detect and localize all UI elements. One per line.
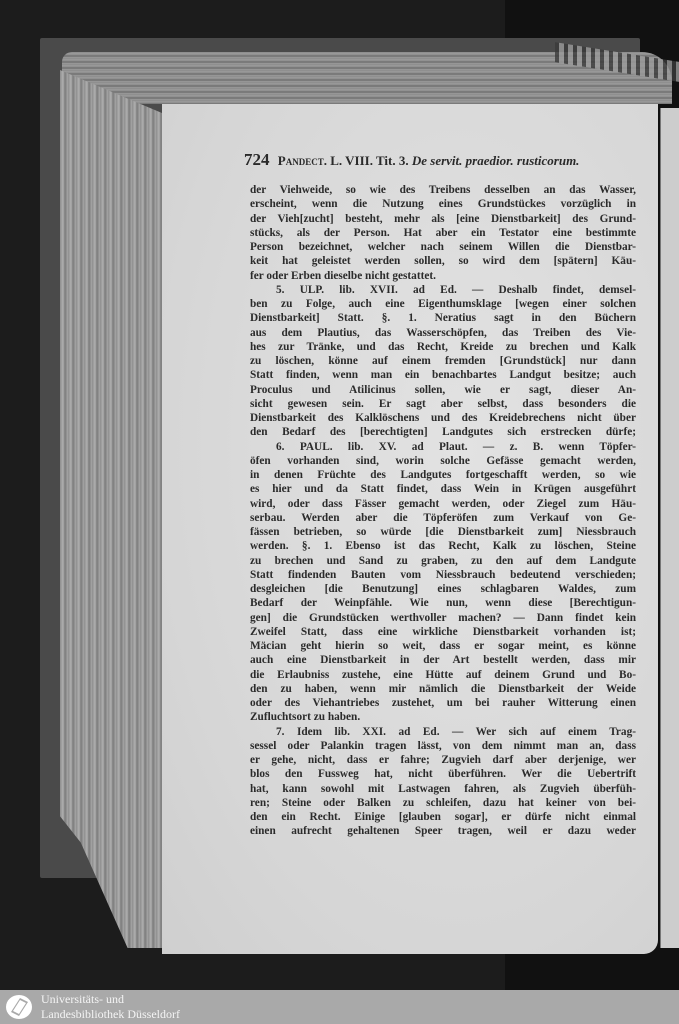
text-line: der Viehweide, so wie des Treibens desse… bbox=[250, 183, 636, 197]
text-line: zu löschen, könne auf einem fremden [Gru… bbox=[250, 354, 636, 368]
page-body-text: der Viehweide, so wie des Treibens desse… bbox=[250, 183, 636, 839]
running-head-book: L. VIII. Tit. 3. bbox=[330, 153, 408, 168]
text-line: blos den Fussweg hat, nicht überführen. … bbox=[250, 767, 636, 781]
text-line: stücks, als der Person. Hat aber ein Tes… bbox=[250, 226, 636, 240]
text-line: sicht gewesen sein. Er sagt aber selbst,… bbox=[250, 397, 636, 411]
running-head: 724 Pandect. L. VIII. Tit. 3. De servit.… bbox=[244, 150, 640, 170]
text-line: keit hat geleistet werden sollen, so wir… bbox=[250, 254, 636, 268]
text-line: Dienstbarkeit des Kalklöschens und des K… bbox=[250, 411, 636, 425]
text-line-paragraph-5: 5. ULP. lib. XVII. ad Ed. — Deshalb find… bbox=[250, 283, 636, 297]
institution-line-1: Universitäts- und bbox=[41, 992, 180, 1007]
text-line: Mäcian geht hierin so weit, dass er soga… bbox=[250, 639, 636, 653]
text-line: desgleichen [die Benutzung] eines schlag… bbox=[250, 582, 636, 596]
text-line: Zufluchtsort zu haben. bbox=[250, 710, 636, 724]
text-line: auch eine Dienstbarkeit in der Art beste… bbox=[250, 653, 636, 667]
text-line: Statt finden, wenn man ein benachbartes … bbox=[250, 368, 636, 382]
text-line: die Erlaubniss zustehe, eine Hütte auf d… bbox=[250, 668, 636, 682]
page-number: 724 bbox=[244, 150, 270, 169]
text-line: den Bedarf des [berechtigten] Landgutes … bbox=[250, 425, 636, 439]
text-line: in denen Früchte des Landgutes fortgesch… bbox=[250, 468, 636, 482]
text-line: den ein Recht. Einige [glauben sogar], e… bbox=[250, 810, 636, 824]
running-head-title: De servit. praedior. rusticorum. bbox=[412, 153, 580, 168]
text-line: Proculus und Atilicinus sollen, wie er s… bbox=[250, 383, 636, 397]
text-line: der Vieh[zucht] besteht, mehr als [eine … bbox=[250, 212, 636, 226]
text-line: es hier und da Statt findet, dass Wein i… bbox=[250, 482, 636, 496]
text-line: oder des Viehantriebes zustehet, um bei … bbox=[250, 696, 636, 710]
text-line: Bedarf der Weinpfähle. Wie nun, wenn die… bbox=[250, 596, 636, 610]
text-line: sessel oder Palankin tragen lässt, von d… bbox=[250, 739, 636, 753]
text-line: wird, oder dass Fässer gemacht werden, o… bbox=[250, 497, 636, 511]
text-line: fer oder Erben dieselbe nicht gestattet. bbox=[250, 269, 636, 283]
text-line: ren; Steine oder Balken zu schleifen, da… bbox=[250, 796, 636, 810]
text-line: gen] die Grundstücken werthvoller machen… bbox=[250, 611, 636, 625]
text-line: werden. §. 1. Ebenso ist das Recht, Kalk… bbox=[250, 539, 636, 553]
institution-line-2: Landesbibliothek Düsseldorf bbox=[41, 1007, 180, 1022]
text-line-paragraph-7: 7. Idem lib. XXI. ad Ed. — Wer sich auf … bbox=[250, 725, 636, 739]
text-line: öfen vorhanden sind, worin solche Gefäss… bbox=[250, 454, 636, 468]
text-line: erscheint, wenn die Nutzung eines Grunds… bbox=[250, 197, 636, 211]
running-head-pandect: Pandect. bbox=[278, 153, 327, 168]
text-line: er gehe, nicht, dass er fahre; Zugvieh d… bbox=[250, 753, 636, 767]
page-edges-left bbox=[60, 70, 164, 948]
text-line: Person bezeichnet, welcher nach seinem W… bbox=[250, 240, 636, 254]
text-line: Dienstbarkeit] Statt. §. 1. Neratius sag… bbox=[250, 311, 636, 325]
ulb-book-logo-icon bbox=[4, 993, 34, 1021]
text-line: Zweifel Statt, dass eine wirkliche Diens… bbox=[250, 625, 636, 639]
text-line: fässen betrieben, so würde [die Dienstba… bbox=[250, 525, 636, 539]
text-line: einen aufrecht gehaltenen Speer tragen, … bbox=[250, 824, 636, 838]
library-footer-bar: Universitäts- und Landesbibliothek Düsse… bbox=[0, 990, 679, 1024]
text-line: aus dem Plautius, das Wasserschöpfen, da… bbox=[250, 326, 636, 340]
institution-name: Universitäts- und Landesbibliothek Düsse… bbox=[41, 992, 180, 1022]
text-line: zu brechen und Sand zu graben, zu den au… bbox=[250, 554, 636, 568]
text-line: hat, kann sowohl mit Lastwagen fahren, a… bbox=[250, 782, 636, 796]
text-line: den zu haben, wenn mir nämlich die Diens… bbox=[250, 682, 636, 696]
text-line: hes zur Tränke, und das Recht, Kreide zu… bbox=[250, 340, 636, 354]
text-line: ben zu Folge, auch eine Eigenthumsklage … bbox=[250, 297, 636, 311]
text-line: Statt findenden Bauten vom Niessbrauch b… bbox=[250, 568, 636, 582]
text-line-paragraph-6: 6. PAUL. lib. XV. ad Plaut. — z. B. wenn… bbox=[250, 440, 636, 454]
facing-page-edge bbox=[660, 108, 679, 948]
text-line: serbau. Werden aber die Töpferöfen zum V… bbox=[250, 511, 636, 525]
